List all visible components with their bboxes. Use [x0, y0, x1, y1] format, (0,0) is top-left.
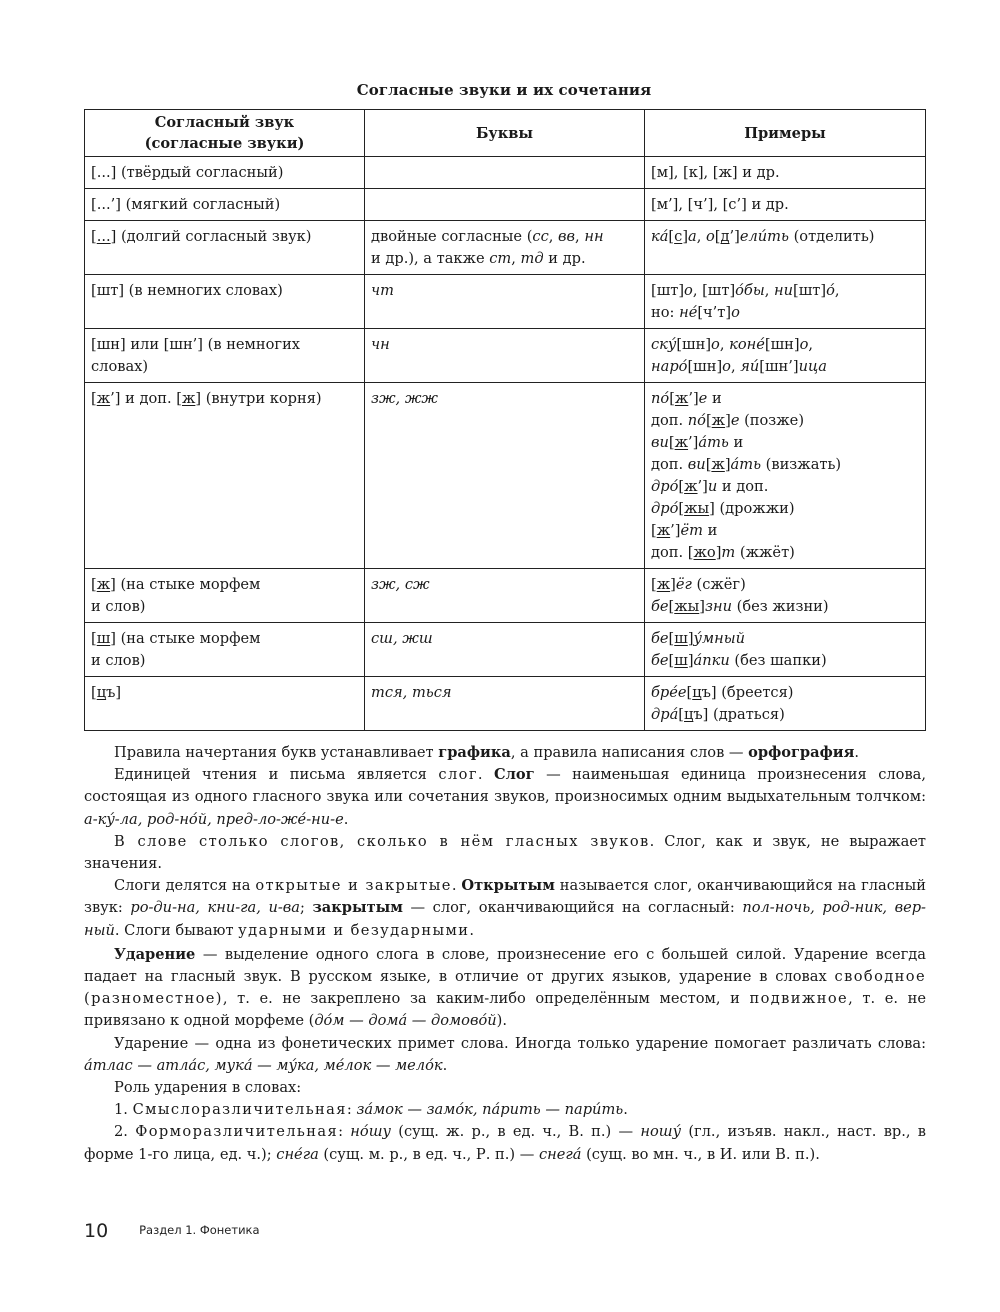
text-run: ’]	[670, 522, 680, 539]
text-run: ъ]	[106, 684, 121, 701]
text-run: жо	[693, 544, 715, 561]
section-name: Раздел 1. Фонетика	[139, 1223, 259, 1237]
cell-line: дра́[цъ] (драться)	[651, 704, 919, 726]
cell-line: [м], [к], [ж] и др.	[651, 162, 919, 184]
text-run: и доп.	[717, 478, 768, 495]
text-run: — слог, оканчивающийся на согласный:	[403, 899, 742, 916]
consonants-table: Согласный звук (согласные звуки) Буквы П…	[84, 109, 926, 731]
cell-line: [ж’]ёт и	[651, 520, 919, 542]
header-examples-label: Примеры	[651, 123, 919, 144]
text-run: о	[706, 228, 715, 245]
text-run: графика	[438, 744, 511, 761]
text-run: (сжёг)	[692, 576, 746, 593]
text-run: двойные согласные (	[371, 228, 532, 245]
text-run: слог	[438, 766, 477, 783]
text-run: дро́	[651, 478, 678, 495]
text-run: ж	[711, 456, 724, 473]
cell-line: чн	[371, 334, 638, 356]
text-run: Смыслоразличительная	[133, 1101, 347, 1118]
cell-line: по́[ж’]е и	[651, 388, 919, 410]
text-run: о́	[826, 282, 835, 299]
text-run: а́тлас — атла́с, мука́ — му́ка, ме́лок —…	[84, 1057, 443, 1074]
cell-line: и слов)	[91, 596, 358, 618]
text-run: (позже)	[739, 412, 804, 429]
table-row: [шт] (в немногих словах)чт[шт]о, [шт]о́б…	[85, 275, 926, 329]
text-run: .	[478, 766, 494, 783]
cell-line: словах)	[91, 356, 358, 378]
text-run: но́шу	[350, 1123, 391, 1140]
header-sound-line2: (согласные звуки)	[91, 133, 358, 154]
cell-line: и др.), а также ст, тд и др.	[371, 248, 638, 270]
text-run: [м’], [ч’], [с’] и др.	[651, 196, 789, 213]
text-run: Слоги делятся на	[114, 877, 255, 894]
paragraph: Ударение — одна из фонетических примет с…	[84, 1033, 926, 1077]
cell-line: зж, жж	[371, 388, 638, 410]
text-run: ж	[97, 576, 110, 593]
text-run: доп.	[651, 412, 688, 429]
text-run: зж, жж	[371, 390, 438, 407]
cell-examples: [ж]ёг (сжёг)бе[жы]зни (без жизни)	[645, 569, 926, 623]
text-run: ж	[97, 390, 110, 407]
cell-letters	[365, 157, 645, 189]
text-run: ви	[651, 434, 669, 451]
text-run: Правила начертания букв устанавливает	[114, 744, 438, 761]
text-run: вв	[558, 228, 575, 245]
text-run: ж	[675, 434, 688, 451]
cell-line: но: не́[ч’т]о	[651, 302, 919, 324]
paragraph: В слове столько слогов, сколько в нём гл…	[84, 831, 926, 875]
text-run: до́м — дома́ — домово́й	[314, 1012, 496, 1029]
text-run: [шн]	[765, 336, 800, 353]
text-run: ношу́	[640, 1123, 681, 1140]
cell-line: ка́[с]а, о[д’]ели́ть (отделить)	[651, 226, 919, 248]
text-run: д	[721, 228, 730, 245]
text-run: но:	[651, 304, 679, 321]
text-run: а́ть	[731, 456, 762, 473]
cell-line: сш, жш	[371, 628, 638, 650]
text-run: ж	[684, 478, 697, 495]
table-body: [...] (твёрдый согласный) [м], [к], [ж] …	[85, 157, 926, 731]
text-run: ъ] (драться)	[693, 706, 784, 723]
cell-line: дро́[жы] (дрожжи)	[651, 498, 919, 520]
text-run: у́мный	[694, 630, 745, 647]
text-run: сс	[532, 228, 548, 245]
body-text: Правила начертания букв устанавливает гр…	[84, 742, 926, 1166]
text-run: бе	[651, 652, 669, 669]
text-run: и др.), а также	[371, 250, 489, 267]
header-letters: Буквы	[365, 110, 645, 157]
text-run: ёг	[676, 576, 692, 593]
table-row: [шн] или [шн’] (в немногихсловах)чнску́[…	[85, 329, 926, 383]
table-row: [ж’] и доп. [ж] (внутри корня)зж, жжпо́[…	[85, 383, 926, 569]
text-run: яи́	[740, 358, 759, 375]
text-run: ш	[97, 630, 111, 647]
text-run: открытые и закрытые	[255, 877, 452, 894]
text-run: .	[344, 811, 349, 828]
text-run: ,	[511, 250, 520, 267]
text-run: Слог	[494, 766, 535, 783]
cell-letters: тся, ться	[365, 677, 645, 731]
text-run: сш, жш	[371, 630, 433, 647]
text-run: [шт]	[793, 282, 826, 299]
text-run: ж	[712, 412, 725, 429]
text-run: (сущ. ж. р., в ед. ч., В. п.) —	[391, 1123, 640, 1140]
text-run: словах)	[91, 358, 148, 375]
cell-letters: чн	[365, 329, 645, 383]
text-run: и	[703, 522, 717, 539]
text-run: ] (внутри корня)	[195, 390, 321, 407]
text-run: [шн] или [шн’] (в немногих	[91, 336, 300, 353]
text-run: ц	[97, 684, 106, 701]
text-run: жы	[674, 598, 699, 615]
cell-sound: [...] (долгий согласный звук)	[85, 221, 365, 275]
text-run: а́пки	[694, 652, 730, 669]
text-run: ,	[720, 336, 729, 353]
cell-examples: бе[ш]у́мныйбе[ш]а́пки (без шапки)	[645, 623, 926, 677]
text-run: . Слоги бывают	[115, 922, 238, 939]
cell-letters	[365, 189, 645, 221]
cell-examples: [м’], [ч’], [с’] и др.	[645, 189, 926, 221]
text-run: ели́ть	[740, 228, 789, 245]
paragraph: 2. Форморазличительная: но́шу (сущ. ж. р…	[84, 1121, 926, 1165]
text-run: Форморазличительная	[135, 1123, 338, 1140]
text-run: ни	[774, 282, 793, 299]
text-run: ’]	[698, 478, 708, 495]
text-run: ёт	[680, 522, 702, 539]
cell-line: бре́е[цъ] (бреется)	[651, 682, 919, 704]
cell-line: бе[ш]у́мный	[651, 628, 919, 650]
text-run: (отделить)	[789, 228, 875, 245]
text-run: ,	[549, 228, 558, 245]
text-run: Открытым	[461, 877, 554, 894]
text-run: [шт] (в немногих словах)	[91, 282, 283, 299]
cell-line: наро́[шн]о, яи́[шн’]ица	[651, 356, 919, 378]
table-row: [ж] (на стыке морфеми слов)зж, сж[ж]ёг (…	[85, 569, 926, 623]
text-run: ж	[657, 522, 670, 539]
text-run: о	[711, 336, 720, 353]
text-run: ъ] (бреется)	[702, 684, 794, 701]
text-run: не́	[679, 304, 697, 321]
text-run: ,	[697, 228, 706, 245]
cell-letters: зж, жж	[365, 383, 645, 569]
text-run: , т. е. не закреплено за каким-либо опре…	[223, 990, 750, 1007]
text-run: бре́е	[651, 684, 687, 701]
text-run: ц	[692, 684, 701, 701]
text-run: ,	[731, 358, 740, 375]
text-run: ш	[674, 652, 688, 669]
text-run: зж, сж	[371, 576, 430, 593]
text-run: а-ку́-ла, род-но́й, пред-ло-же́-ни-е	[84, 811, 344, 828]
cell-line: ви[ж’]а́ть и	[651, 432, 919, 454]
text-run: дра́	[651, 706, 678, 723]
text-run: нн	[584, 228, 603, 245]
text-run: , а правила написания слов —	[511, 744, 748, 761]
cell-line: и слов)	[91, 650, 358, 672]
cell-line: [шт]о, [шт]о́бы, ни[шт]о́,	[651, 280, 919, 302]
paragraph: 1. Смыслоразличительная: за́мок — замо́к…	[84, 1099, 926, 1121]
text-run: доп.	[651, 456, 688, 473]
text-run: [шт]	[651, 282, 684, 299]
text-run: снега́	[539, 1146, 582, 1163]
text-run: ,	[765, 282, 774, 299]
text-run: ударными и безударными	[238, 922, 469, 939]
text-run: .	[443, 1057, 448, 1074]
text-run: ж	[675, 390, 688, 407]
cell-line: [ж]ёг (сжёг)	[651, 574, 919, 596]
table-row: [ш] (на стыке морфеми слов)сш, жшбе[ш]у́…	[85, 623, 926, 677]
text-run: т	[721, 544, 735, 561]
cell-letters: сш, жш	[365, 623, 645, 677]
cell-line: бе[жы]зни (без жизни)	[651, 596, 919, 618]
cell-line: чт	[371, 280, 638, 302]
text-run: чн	[371, 336, 390, 353]
text-run: [м], [к], [ж] и др.	[651, 164, 780, 181]
text-run: закрытым	[312, 899, 403, 916]
text-run: дро́	[651, 500, 678, 517]
text-run: ску́	[651, 336, 676, 353]
text-run: ви	[688, 456, 706, 473]
text-run: [шн]	[687, 358, 722, 375]
table-row: [...] (долгий согласный звук)двойные сог…	[85, 221, 926, 275]
paragraph: Единицей чтения и письма является слог. …	[84, 764, 926, 831]
text-run: ).	[497, 1012, 507, 1029]
header-examples: Примеры	[645, 110, 926, 157]
cell-examples: бре́е[цъ] (бреется)дра́[цъ] (драться)	[645, 677, 926, 731]
cell-line: ску́[шн]о, коне́[шн]о,	[651, 334, 919, 356]
text-run: коне́	[729, 336, 765, 353]
text-run: наро́	[651, 358, 687, 375]
text-run: ] (на стыке морфем	[110, 576, 260, 593]
table-row: [цъ]тся, тьсябре́е[цъ] (бреется)дра́[цъ]…	[85, 677, 926, 731]
cell-line: доп. по́[ж]е (позже)	[651, 410, 919, 432]
cell-line: [шн] или [шн’] (в немногих	[91, 334, 358, 356]
page-number: 10	[84, 1220, 134, 1242]
cell-line: [шт] (в немногих словах)	[91, 280, 358, 302]
text-run: ;	[300, 899, 312, 916]
paragraph: Ударение — выделение одного слога в слов…	[84, 944, 926, 1033]
cell-line: [...] (долгий согласный звук)	[91, 226, 358, 248]
text-run: о	[731, 304, 740, 321]
text-run: чт	[371, 282, 394, 299]
text-run: [шн’]	[759, 358, 798, 375]
text-run: зни	[705, 598, 732, 615]
text-run: и	[708, 478, 717, 495]
cell-line: доп. [жо]т (жжёт)	[651, 542, 919, 564]
cell-sound: [шт] (в немногих словах)	[85, 275, 365, 329]
text-run: 2.	[114, 1123, 135, 1140]
cell-line: доп. ви[ж]а́ть (визжать)	[651, 454, 919, 476]
cell-sound: [...] (твёрдый согласный)	[85, 157, 365, 189]
text-run: Ударение — одна из фонетических примет с…	[114, 1035, 926, 1052]
text-run: о́бы	[735, 282, 765, 299]
text-run: ж	[657, 576, 670, 593]
table-header-row: Согласный звук (согласные звуки) Буквы П…	[85, 110, 926, 157]
cell-line: зж, сж	[371, 574, 638, 596]
paragraph: Роль ударения в словах:	[84, 1077, 926, 1099]
cell-line: [ш] (на стыке морфем	[91, 628, 358, 650]
text-run: 1.	[114, 1101, 133, 1118]
text-run: , [шт]	[693, 282, 735, 299]
cell-sound: [ж’] и доп. [ж] (внутри корня)	[85, 383, 365, 569]
text-run: ...	[97, 228, 111, 245]
text-run: ’]	[688, 434, 698, 451]
cell-letters: двойные согласные (сс, вв, нни др.), а т…	[365, 221, 645, 275]
table-row: [...’] (мягкий согласный) [м’], [ч’], [с…	[85, 189, 926, 221]
text-run: Ударение	[114, 946, 195, 963]
text-run: (без жизни)	[732, 598, 829, 615]
cell-line: [цъ]	[91, 682, 358, 704]
cell-line: [м’], [ч’], [с’] и др.	[651, 194, 919, 216]
cell-sound: [...’] (мягкий согласный)	[85, 189, 365, 221]
text-run: а	[688, 228, 697, 245]
text-run: бе	[651, 598, 669, 615]
text-run: сне́га	[276, 1146, 319, 1163]
text-run: (сущ. во мн. ч., в И. или В. п.).	[581, 1146, 819, 1163]
cell-letters: зж, сж	[365, 569, 645, 623]
page-footer: 10 Раздел 1. Фонетика	[84, 1220, 260, 1242]
text-run: .	[452, 877, 462, 894]
text-run: ,	[808, 336, 813, 353]
cell-line: двойные согласные (сс, вв, нн	[371, 226, 638, 248]
text-run: орфография	[748, 744, 854, 761]
text-run: ,	[575, 228, 584, 245]
text-run: по́	[651, 390, 669, 407]
text-run: ’]	[688, 390, 698, 407]
text-run: .	[623, 1101, 628, 1118]
text-run: и слов)	[91, 598, 146, 615]
cell-line: [...] (твёрдый согласный)	[91, 162, 358, 184]
text-run: и др.	[544, 250, 586, 267]
text-run: :	[338, 1123, 350, 1140]
text-run: подвижное	[749, 990, 848, 1007]
text-run: [ч’т]	[697, 304, 731, 321]
text-run: ка́	[651, 228, 668, 245]
text-run: а́ть	[698, 434, 729, 451]
text-run: ж	[182, 390, 195, 407]
table-row: [...] (твёрдый согласный) [м], [к], [ж] …	[85, 157, 926, 189]
text-run: [...] (твёрдый согласный)	[91, 164, 283, 181]
cell-examples: [м], [к], [ж] и др.	[645, 157, 926, 189]
header-sound-line1: Согласный звук	[91, 112, 358, 133]
text-run: по́	[688, 412, 706, 429]
text-run: и	[707, 390, 721, 407]
text-run: ш	[674, 630, 688, 647]
text-run: за́мок — замо́к, па́рить — пари́ть	[356, 1101, 623, 1118]
text-run: ро-ди-на, кни-га, и-ва	[130, 899, 300, 916]
text-run: бе	[651, 630, 669, 647]
cell-examples: ску́[шн]о, коне́[шн]о,наро́[шн]о, яи́[шн…	[645, 329, 926, 383]
text-run: и слов)	[91, 652, 146, 669]
text-run: о	[722, 358, 731, 375]
cell-line: бе[ш]а́пки (без шапки)	[651, 650, 919, 672]
text-run: ] (на стыке морфем	[110, 630, 260, 647]
text-run: о	[684, 282, 693, 299]
cell-examples: ка́[с]а, о[д’]ели́ть (отделить)	[645, 221, 926, 275]
paragraph: Слоги делятся на открытые и закрытые. От…	[84, 875, 926, 942]
text-run: — выделение одного слога в слове, произн…	[84, 946, 926, 985]
text-run: тся, ться	[371, 684, 452, 701]
text-run: ,	[835, 282, 840, 299]
text-run: и	[729, 434, 743, 451]
cell-letters: чт	[365, 275, 645, 329]
paragraph: Правила начертания букв устанавливает гр…	[84, 742, 926, 764]
cell-sound: [ш] (на стыке морфеми слов)	[85, 623, 365, 677]
text-run: ] (долгий согласный звук)	[111, 228, 312, 245]
header-sound: Согласный звук (согласные звуки)	[85, 110, 365, 157]
cell-line: [ж] (на стыке морфем	[91, 574, 358, 596]
cell-examples: [шт]о, [шт]о́бы, ни[шт]о́,но: не́[ч’т]о	[645, 275, 926, 329]
cell-sound: [шн] или [шн’] (в немногихсловах)	[85, 329, 365, 383]
cell-examples: по́[ж’]е идоп. по́[ж]е (позже)ви[ж’]а́ть…	[645, 383, 926, 569]
text-run: тд	[521, 250, 544, 267]
text-run: ’]	[730, 228, 740, 245]
text-run: .	[854, 744, 859, 761]
cell-sound: [цъ]	[85, 677, 365, 731]
text-run: Роль ударения в словах:	[114, 1079, 301, 1096]
cell-sound: [ж] (на стыке морфеми слов)	[85, 569, 365, 623]
text-run: [шн]	[676, 336, 711, 353]
text-run: [...’] (мягкий согласный)	[91, 196, 280, 213]
text-run: В слове столько слогов, сколько в нём гл…	[114, 833, 650, 850]
text-run: Единицей чтения и письма является	[114, 766, 438, 783]
text-run: ст	[489, 250, 511, 267]
cell-line: [ж’] и доп. [ж] (внутри корня)	[91, 388, 358, 410]
text-run: доп. [	[651, 544, 693, 561]
text-run: ] (дрожжи)	[709, 500, 794, 517]
text-run: .	[469, 922, 474, 939]
table-title: Согласные звуки и их сочетания	[84, 81, 924, 99]
cell-line: тся, ться	[371, 682, 638, 704]
text-run: жы	[684, 500, 709, 517]
cell-line: дро́[ж’]и и доп.	[651, 476, 919, 498]
header-letters-label: Буквы	[371, 123, 638, 144]
text-run: ц	[684, 706, 693, 723]
text-run: (визжать)	[761, 456, 841, 473]
text-run: (жжёт)	[735, 544, 795, 561]
text-run: (без шапки)	[730, 652, 827, 669]
text-run: ица	[799, 358, 827, 375]
text-run: (сущ. м. р., в ед. ч., Р. п.) —	[319, 1146, 539, 1163]
text-run: ’] и доп. [	[110, 390, 182, 407]
cell-line: [...’] (мягкий согласный)	[91, 194, 358, 216]
